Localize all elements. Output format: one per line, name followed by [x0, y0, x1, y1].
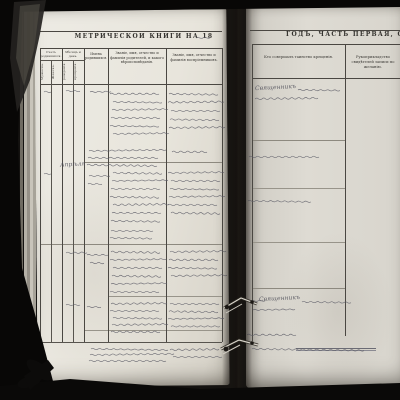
archival-book-photo: МЕТРИЧЕСКОЙ КНИГИ НА 18 ГОДЪ, ЧАСТЬ ПЕРВ… — [0, 0, 400, 400]
photo-vignette — [0, 0, 400, 400]
